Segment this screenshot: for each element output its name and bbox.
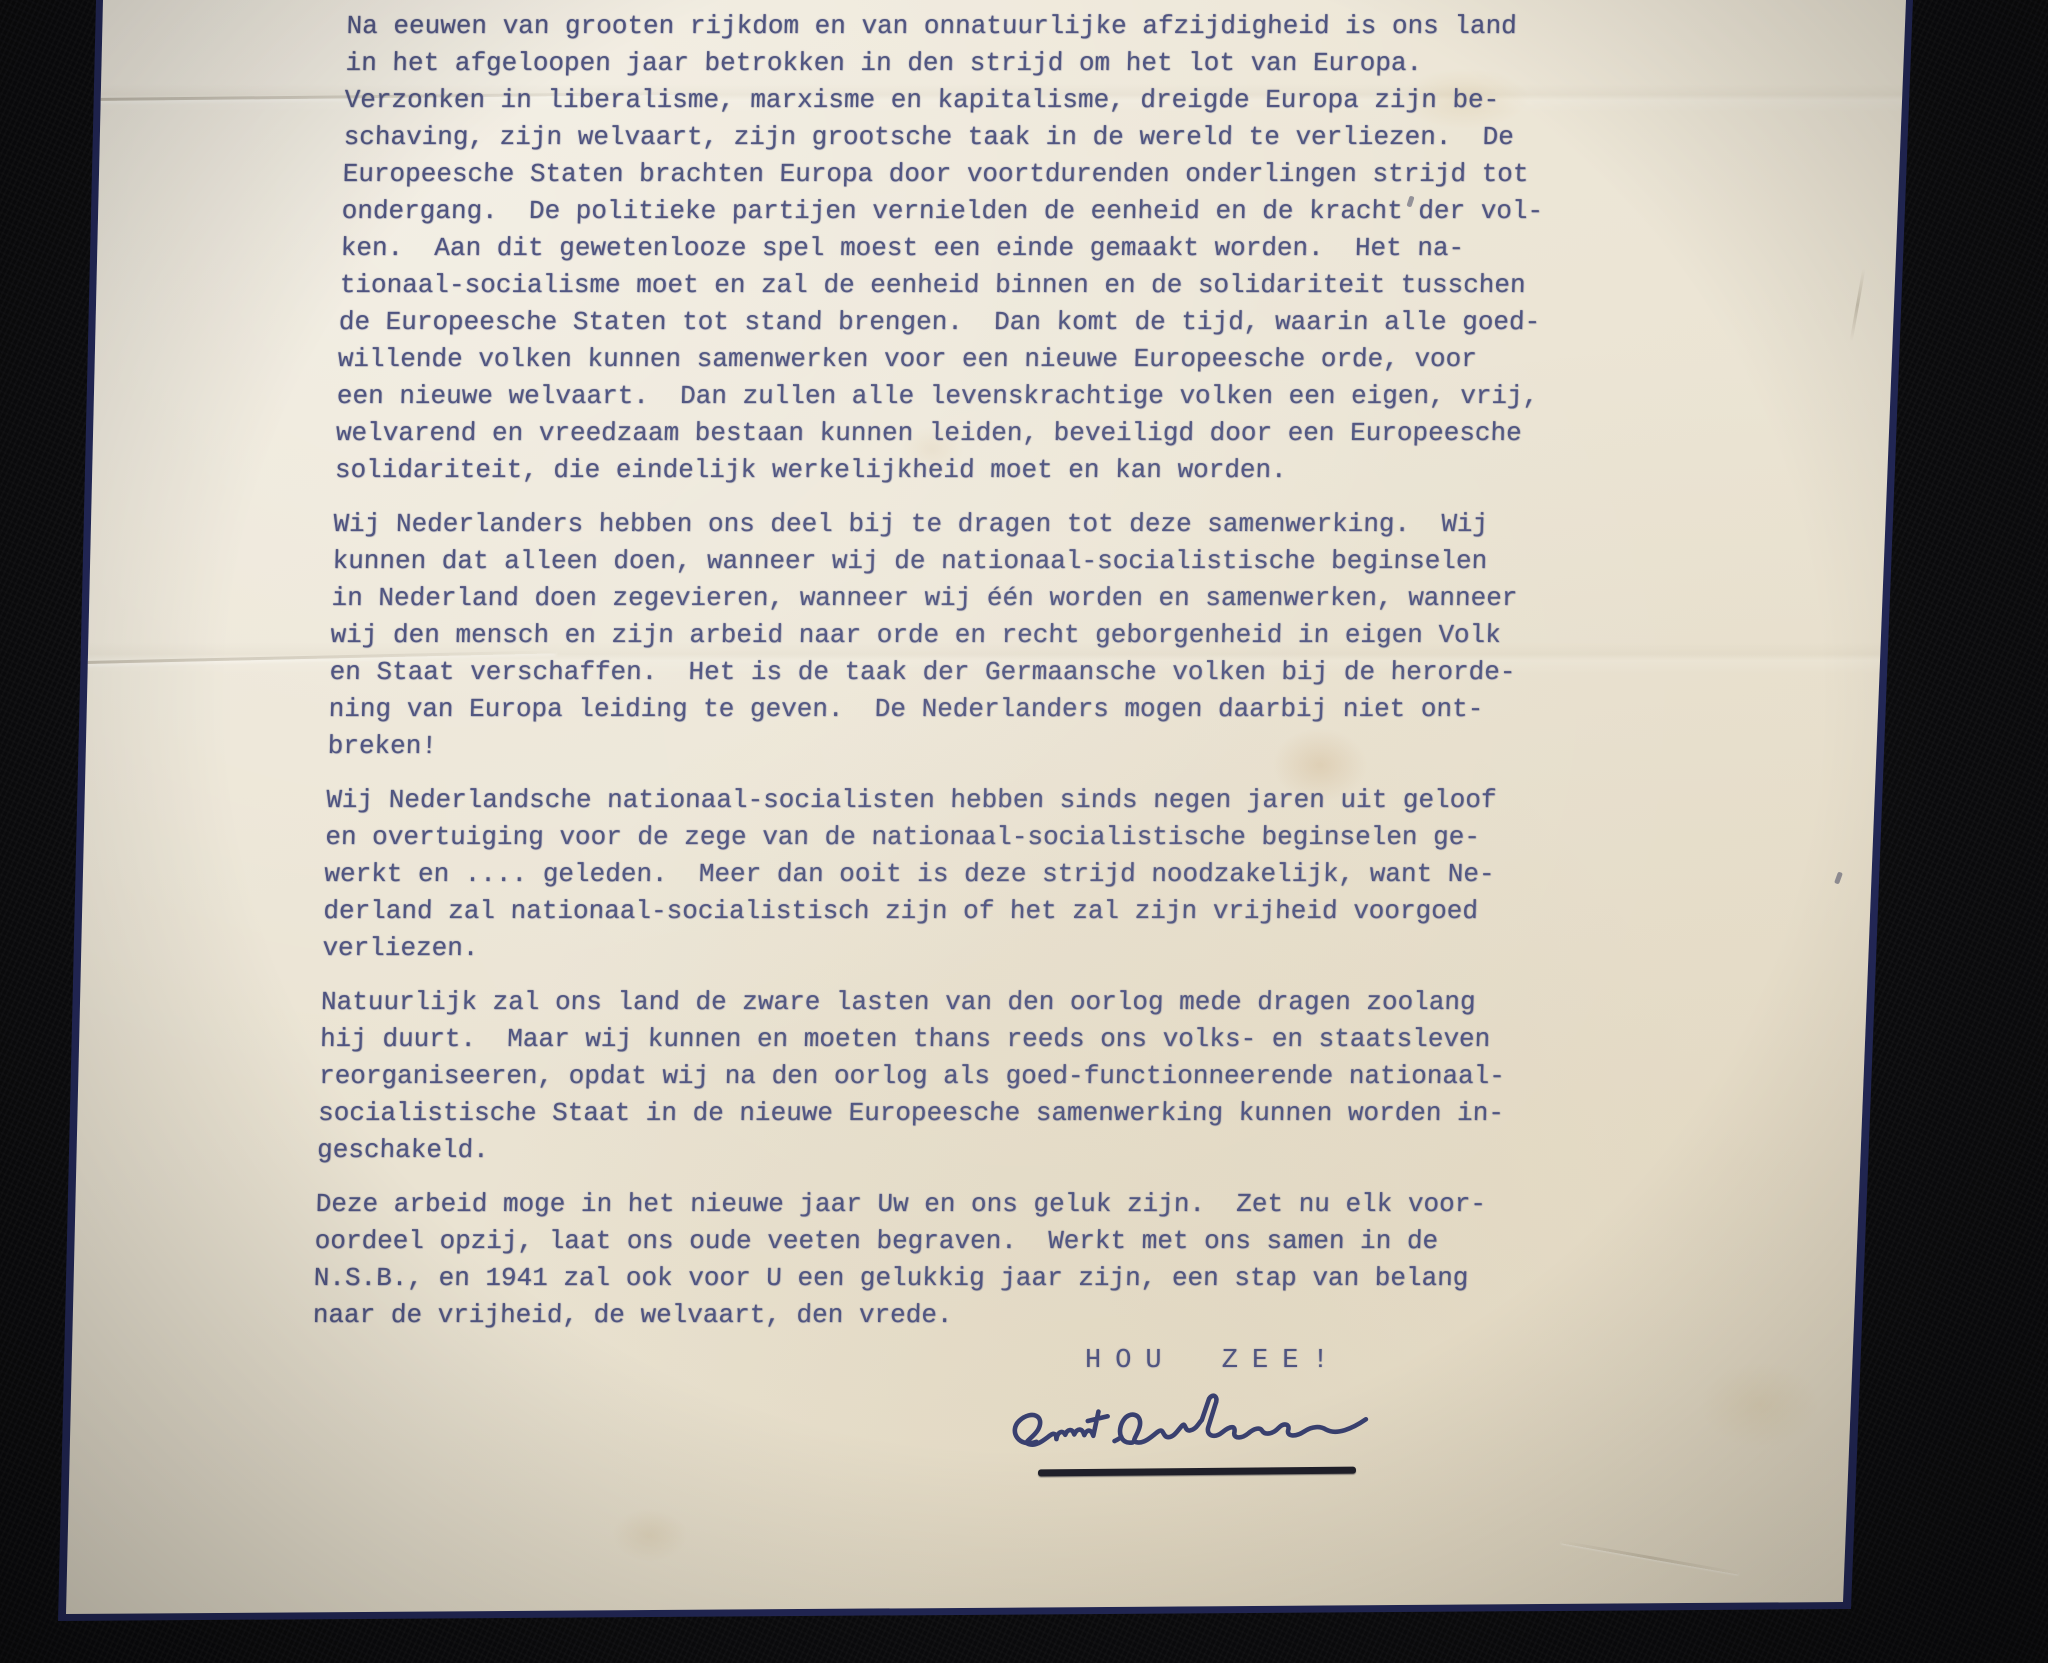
text-line: derland zal nationaal-socialistisch zijn… [323, 893, 1525, 930]
text-line: werkt en .... geleden. Meer dan ooit is … [324, 856, 1526, 893]
text-line: wij den mensch en zijn arbeid naar orde … [330, 617, 1532, 654]
letter-paper: Na eeuwen van grooten rijkdom en van onn… [0, 0, 2048, 1663]
text-line: Deze arbeid moge in het nieuwe jaar Uw e… [315, 1186, 1517, 1223]
text-line: geschakeld. [317, 1132, 1519, 1169]
text-line: en overtuiging voor de zege van de natio… [325, 819, 1527, 856]
text-line: schaving, zijn welvaart, zijn grootsche … [343, 119, 1545, 156]
text-line: in het afgeloopen jaar betrokken in den … [345, 45, 1547, 82]
text-line: breken! [327, 728, 1529, 765]
text-line: ning van Europa leiding te geven. De Ned… [328, 691, 1530, 728]
paragraph: Na eeuwen van grooten rijkdom en van onn… [334, 8, 1548, 489]
text-line: een nieuwe welvaart. Dan zullen alle lev… [336, 378, 1538, 415]
text-line: Wij Nederlanders hebben ons deel bij te … [333, 506, 1535, 543]
text-line: Verzonken in liberalisme, marxisme en ka… [344, 82, 1546, 119]
paragraph: Wij Nederlanders hebben ons deel bij te … [327, 506, 1535, 765]
photo-background: Na eeuwen van grooten rijkdom en van onn… [0, 0, 2048, 1663]
text-line: Natuurlijk zal ons land de zware lasten … [320, 984, 1522, 1021]
text-line: in Nederland doen zegevieren, wanneer wi… [331, 580, 1533, 617]
text-line: solidariteit, die eindelijk werkelijkhei… [334, 452, 1536, 489]
text-line: naar de vrijheid, de welvaart, den vrede… [312, 1297, 1514, 1334]
text-line: Europeesche Staten brachten Europa door … [342, 156, 1544, 193]
text-line: tionaal-socialisme moet en zal de eenhei… [339, 267, 1541, 304]
text-line: willende volken kunnen samenwerken voor … [337, 341, 1539, 378]
signature [1001, 1377, 1404, 1473]
text-line: oordeel opzij, laat ons oude veeten begr… [314, 1223, 1516, 1260]
paragraph: Natuurlijk zal ons land de zware lasten … [317, 984, 1523, 1169]
ink-speck [1834, 872, 1843, 885]
text-line: kunnen dat alleen doen, wanneer wij de n… [332, 543, 1534, 580]
text-line: hij duurt. Maar wij kunnen en moeten tha… [320, 1021, 1522, 1058]
fold-crease [1561, 1540, 1739, 1574]
text-line: en Staat verschaffen. Het is de taak der… [329, 654, 1531, 691]
text-line: N.S.B., en 1941 zal ook voor U een geluk… [313, 1260, 1515, 1297]
paragraph: Wij Nederlandsche nationaal-socialisten … [322, 782, 1528, 967]
letter-body: Na eeuwen van grooten rijkdom en van onn… [312, 8, 1549, 1351]
text-line: de Europeesche Staten tot stand brengen.… [338, 304, 1540, 341]
text-line: verliezen. [322, 930, 1524, 967]
fold-crease [1850, 268, 1866, 341]
text-line: socialistische Staat in de nieuwe Europe… [318, 1095, 1520, 1132]
paper-stain [1700, 1362, 1820, 1448]
text-line: reorganiseeren, opdat wij na den oorlog … [319, 1058, 1521, 1095]
text-line: ondergang. De politieke partijen verniel… [341, 193, 1543, 230]
text-line: ken. Aan dit gewetenlooze spel moest een… [340, 230, 1542, 267]
text-line: Wij Nederlandsche nationaal-socialisten … [326, 782, 1528, 819]
signature-underline [1038, 1467, 1356, 1477]
text-line: welvarend en vreedzaam bestaan kunnen le… [335, 415, 1537, 452]
paragraph: Deze arbeid moge in het nieuwe jaar Uw e… [312, 1186, 1517, 1334]
closing-salute: HOU ZEE! [1085, 1346, 1343, 1376]
paper-stain [612, 1508, 688, 1562]
text-line: Na eeuwen van grooten rijkdom en van onn… [346, 8, 1548, 45]
